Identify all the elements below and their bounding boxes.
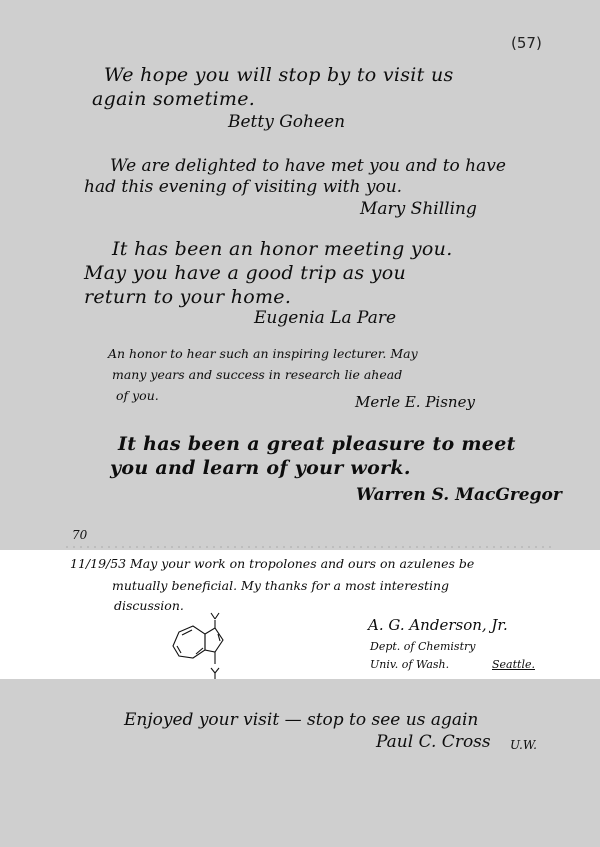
cross-affiliation: U.W. xyxy=(510,738,537,752)
anderson-date: 11/19/53 xyxy=(70,556,126,571)
note-4-line-3: of you. xyxy=(116,388,159,403)
note-2-line-2: had this evening of visiting with you. xyxy=(84,177,402,197)
page-number: (57) xyxy=(511,34,542,52)
note-3-signature: Eugenia La Pare xyxy=(254,308,396,328)
note-3-line-2: May you have a good trip as you xyxy=(84,262,406,284)
note-4-signature: Merle E. Pisney xyxy=(355,393,475,411)
note-5-line-2: you and learn of your work. xyxy=(110,457,411,479)
note-5-signature: Warren S. MacGregor xyxy=(356,485,562,505)
note-4-line-1: An honor to hear such an inspiring lectu… xyxy=(108,346,418,361)
cross-line-1: Enjoyed your visit — stop to see us agai… xyxy=(124,710,478,730)
anderson-department: Dept. of Chemistry xyxy=(370,640,475,653)
note-3-line-1: It has been an honor meeting you. xyxy=(112,238,453,260)
note-1-line-1: We hope you will stop by to visit us xyxy=(104,64,454,86)
anderson-city: Seattle. xyxy=(492,658,535,671)
anderson-line-2: mutually beneficial. My thanks for a mos… xyxy=(112,578,449,593)
azulene-structure-icon xyxy=(163,610,253,682)
note-2-signature: Mary Shilling xyxy=(360,199,477,219)
cross-signature: Paul C. Cross xyxy=(376,732,491,752)
note-2-line-1: We are delighted to have met you and to … xyxy=(110,156,506,176)
note-1-signature: Betty Goheen xyxy=(228,112,345,132)
note-5-line-1: It has been a great pleasure to meet xyxy=(118,433,516,455)
anderson-line-1: May your work on tropolones and ours on … xyxy=(130,556,474,571)
scan-artifact-dots xyxy=(66,546,556,548)
anderson-university: Univ. of Wash. xyxy=(370,658,449,671)
guestbook-page: (57) We hope you will stop by to visit u… xyxy=(0,0,600,847)
note-3-line-3: return to your home. xyxy=(84,286,291,308)
note-1-line-2: again sometime. xyxy=(92,88,255,110)
note-4-line-2: many years and success in research lie a… xyxy=(112,367,402,382)
anderson-signature: A. G. Anderson, Jr. xyxy=(368,616,508,634)
lower-page-marker: 70 xyxy=(72,528,87,542)
